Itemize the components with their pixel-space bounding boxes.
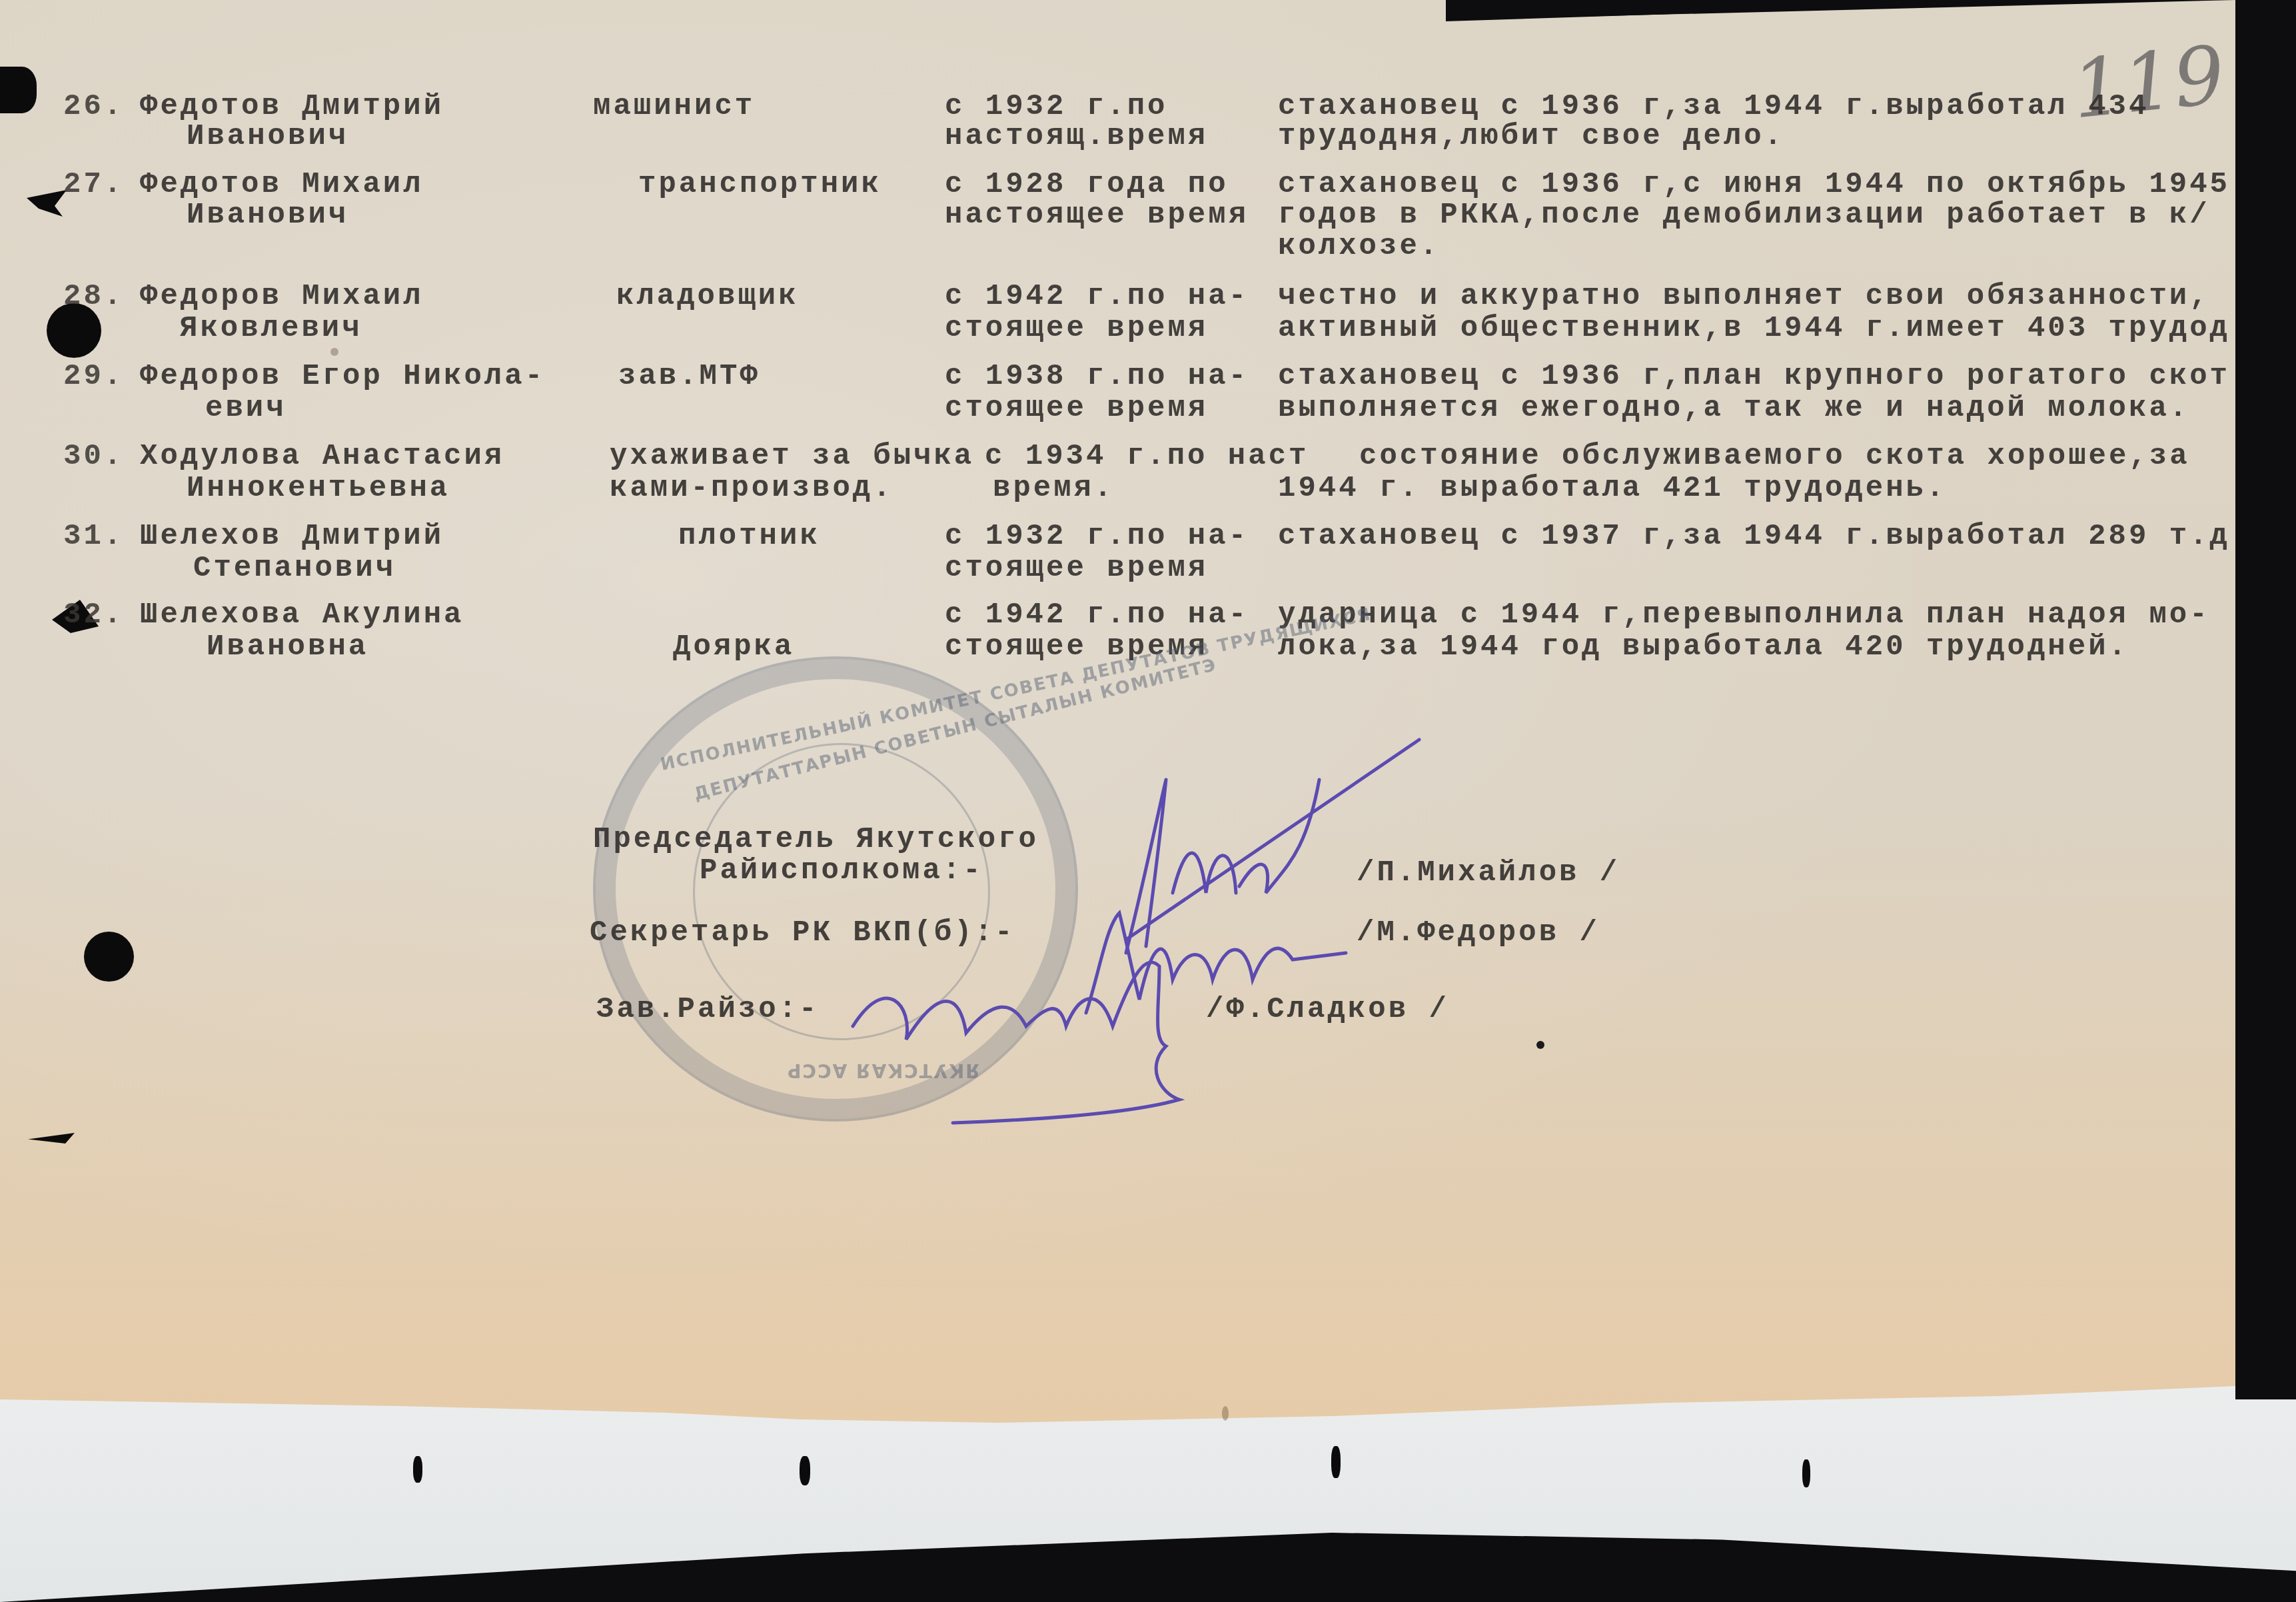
person-patronymic: Ивановна bbox=[207, 630, 368, 664]
remarks-line2: выполняется ежегодно,а так же и надой мо… bbox=[1278, 392, 2189, 425]
signatory-title-secretary: Секретарь РК ВКП(б):- bbox=[590, 916, 1015, 950]
punch-slot bbox=[800, 1456, 810, 1485]
row-number: 30. bbox=[63, 440, 124, 473]
paper-speck bbox=[330, 348, 338, 356]
remarks-line1: стахановец с 1936 г,с июня 1944 по октяб… bbox=[1278, 168, 2230, 201]
row-number: 29. bbox=[63, 360, 124, 393]
work-period-line1: с 1932 г.по на- bbox=[945, 520, 1249, 553]
remarks-line2: годов в РККА,после демобилизации работае… bbox=[1278, 199, 2210, 232]
signatory-title-chairman-line2: Райисполкома:- bbox=[700, 854, 983, 888]
work-period-line1: с 1932 г.по bbox=[945, 90, 1167, 123]
work-period-line1: с 1942 г.по на- bbox=[945, 598, 1249, 632]
remarks-line1: стахановец с 1936 г,план крупного рогато… bbox=[1278, 360, 2230, 393]
remarks-line2: активный общественник,в 1944 г.имеет 403… bbox=[1278, 312, 2230, 345]
remarks-line1: честно и аккуратно выполняет свои обязан… bbox=[1278, 280, 2210, 313]
person-surname-name: Федоров Михаил bbox=[140, 280, 424, 313]
person-position: Доярка bbox=[673, 630, 794, 664]
signatory-title-head: Зав.Райзо:- bbox=[596, 993, 819, 1026]
work-period-line2: стоящее время bbox=[945, 552, 1208, 585]
person-position-line2: ками-производ. bbox=[610, 472, 893, 505]
person-position: транспортник bbox=[638, 168, 881, 201]
row-number: 27. bbox=[63, 168, 124, 201]
person-patronymic: евич bbox=[205, 392, 287, 425]
scan-right-edge bbox=[2235, 0, 2296, 1399]
person-surname-name: Федотов Михаил bbox=[140, 168, 424, 201]
signatory-title-chairman-line1: Председатель Якутского bbox=[593, 823, 1039, 856]
paper-speck bbox=[1222, 1406, 1229, 1421]
punch-slot bbox=[1331, 1446, 1341, 1478]
row-number: 32. bbox=[63, 598, 124, 632]
person-patronymic: Яковлевич bbox=[180, 312, 362, 345]
punch-slot bbox=[413, 1456, 422, 1483]
work-period-line2: настоящее время bbox=[945, 199, 1249, 232]
person-position-line1: ухаживает за бычка bbox=[610, 440, 974, 473]
row-number: 31. bbox=[63, 520, 124, 553]
remarks-line3: колхозе. bbox=[1278, 230, 1440, 263]
person-patronymic: Иванович bbox=[187, 199, 348, 232]
work-period-line1: с 1938 г.по на- bbox=[945, 360, 1249, 393]
work-period-line1: с 1934 г.по наст bbox=[985, 440, 1309, 473]
work-period-line1: с 1942 г.по на- bbox=[945, 280, 1249, 313]
binding-hole bbox=[0, 67, 37, 113]
person-surname-name: Шелехова Акулина bbox=[140, 598, 464, 632]
work-period-line1: с 1928 года по bbox=[945, 168, 1229, 201]
person-surname-name: Федоров Егор Никола- bbox=[140, 360, 545, 393]
remarks-line2: трудодня,любит свое дело. bbox=[1278, 120, 1784, 153]
person-position: зав.МТФ bbox=[618, 360, 760, 393]
person-surname-name: Шелехов Дмитрий bbox=[140, 520, 444, 553]
person-patronymic: Степанович bbox=[193, 552, 396, 585]
work-period-line2: настоящ.время bbox=[945, 120, 1208, 153]
work-period-line2: время. bbox=[993, 472, 1114, 505]
remarks-line1: стахановец с 1936 г,за 1944 г.выработал … bbox=[1278, 90, 2149, 123]
remarks-line1: состояние обслуживаемого скота хорошее,з… bbox=[1359, 440, 2190, 473]
person-surname-name: Федотов Дмитрий bbox=[140, 90, 444, 123]
person-position: кладовщик bbox=[616, 280, 799, 313]
punch-slot bbox=[1802, 1459, 1810, 1487]
person-patronymic: Иннокентьевна bbox=[187, 472, 450, 505]
person-position: плотник bbox=[678, 520, 820, 553]
person-patronymic: Иванович bbox=[187, 120, 348, 153]
remarks-line2: 1944 г. выработала 421 трудодень. bbox=[1278, 472, 1946, 505]
work-period-line2: стоящее время bbox=[945, 312, 1208, 345]
paper-speck bbox=[1536, 1041, 1544, 1049]
row-number: 26. bbox=[63, 90, 124, 123]
remarks-line1: стахановец с 1937 г,за 1944 г.выработал … bbox=[1278, 520, 2230, 553]
row-number: 28. bbox=[63, 280, 124, 313]
person-surname-name: Ходулова Анастасия bbox=[140, 440, 504, 473]
person-position: машинист bbox=[593, 90, 755, 123]
remarks-line1: ударница с 1944 г,перевыполнила план над… bbox=[1278, 598, 2210, 632]
binding-hole bbox=[84, 932, 134, 982]
signature-head bbox=[846, 946, 1273, 1130]
work-period-line2: стоящее время bbox=[945, 392, 1208, 425]
remarks-line2: лока,за 1944 год выработала 420 трудодне… bbox=[1278, 630, 2129, 664]
